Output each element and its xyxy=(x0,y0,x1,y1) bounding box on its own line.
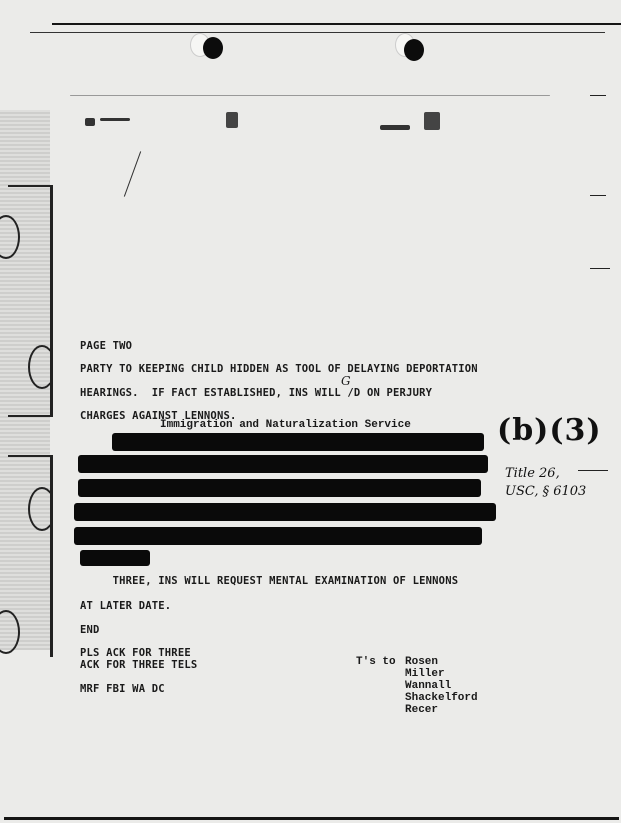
page-label: PAGE TWO xyxy=(80,340,132,352)
redaction-bar xyxy=(80,550,150,566)
body-line-1: PARTY TO KEEPING CHILD HIDDEN AS TOOL OF… xyxy=(80,363,478,375)
punch-hole xyxy=(404,39,424,61)
paragraph-three-line-1: THREE, INS WILL REQUEST MENTAL EXAMINATI… xyxy=(80,575,458,587)
redaction-bar xyxy=(78,479,481,497)
scan-artifact xyxy=(226,112,238,128)
exemption-note-line-2: USC, § 6103 xyxy=(505,483,586,501)
top-rule-secondary xyxy=(30,32,605,33)
recipient: Recer xyxy=(405,704,478,716)
margin-tick xyxy=(590,195,606,196)
redaction-bar xyxy=(74,527,482,545)
handwritten-correction: G xyxy=(341,374,351,388)
redaction-bar xyxy=(78,455,488,473)
recipient: Rosen xyxy=(405,656,478,668)
margin-arc xyxy=(28,345,56,389)
exemption-note: Title 26, USC, § 6103 xyxy=(505,465,586,501)
routing-block: T's to Rosen Miller Wannall Shackelford … xyxy=(356,656,396,668)
redaction-bar xyxy=(74,503,496,521)
margin-arc xyxy=(28,487,56,531)
margin-tick xyxy=(590,95,606,96)
recipient: Shackelford xyxy=(405,692,478,704)
document-page: PAGE TWO PARTY TO KEEPING CHILD HIDDEN A… xyxy=(0,0,621,823)
routing-label: T's to xyxy=(356,656,396,668)
paragraph-three-line-2: AT LATER DATE. xyxy=(80,600,171,612)
margin-tick xyxy=(590,268,610,269)
recipient: Miller xyxy=(405,668,478,680)
punch-hole xyxy=(203,37,223,59)
recipient: Wannall xyxy=(405,680,478,692)
routing-recipients: Rosen Miller Wannall Shackelford Recer xyxy=(405,656,478,716)
ack-line-1: PLS ACK FOR THREE xyxy=(80,647,191,659)
end-marker: END xyxy=(80,624,100,636)
ack-line-2: ACK FOR THREE TELS xyxy=(80,659,197,671)
bottom-rule xyxy=(4,817,619,820)
faint-scan-line xyxy=(70,95,550,96)
inserted-agency-name: Immigration and Naturalization Service xyxy=(160,419,411,431)
sender-line: MRF FBI WA DC xyxy=(80,683,165,695)
exemption-note-line-1: Title 26, xyxy=(505,465,586,483)
scan-artifact xyxy=(424,112,440,130)
scan-artifact xyxy=(380,125,410,130)
pen-stroke xyxy=(124,151,141,196)
top-rule xyxy=(52,23,621,25)
scan-artifact xyxy=(85,118,95,126)
scan-artifact xyxy=(100,118,130,121)
body-line-2: HEARINGS. IF FACT ESTABLISHED, INS WILL … xyxy=(80,387,432,399)
exemption-code: (b)(3) xyxy=(497,413,602,448)
redaction-bar xyxy=(112,433,484,451)
